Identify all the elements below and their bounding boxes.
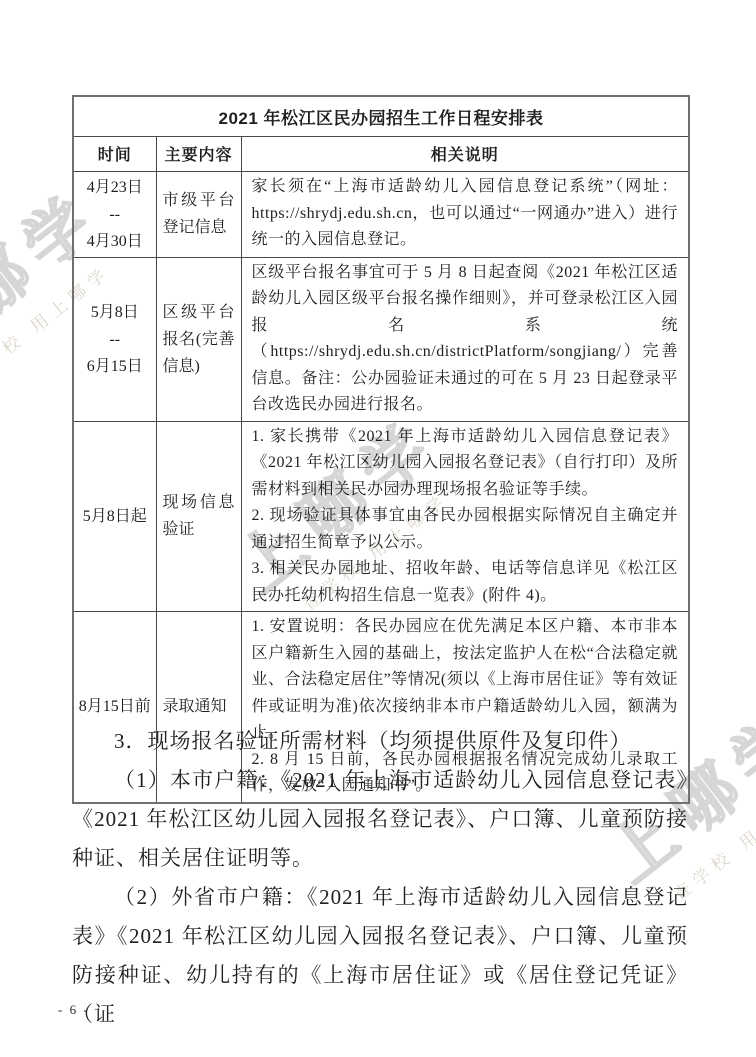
table-row: 4月23日 -- 4月30日 市级平台登记信息 家长须在“上海市适龄幼儿入园信息… <box>73 171 689 257</box>
row-main-content: 区级平台报名(完善信息) <box>156 257 241 421</box>
paragraph-nonlocal-household: （2）外省市户籍：《2021 年上海市适龄幼儿入园信息登记表》《2021 年松江… <box>72 878 688 1034</box>
table-title: 2021 年松江区民办园招生工作日程安排表 <box>73 96 689 136</box>
page-number: - 6 - <box>58 1002 90 1018</box>
row-main-content: 现场信息验证 <box>156 421 241 612</box>
row-description: 1. 家长携带《2021 年上海市适龄幼儿入园信息登记表》《2021 年松江区幼… <box>241 421 689 612</box>
enrollment-schedule-table: 2021 年松江区民办园招生工作日程安排表 时间 主要内容 相关说明 4月23日… <box>72 95 690 804</box>
column-header-related-notes: 相关说明 <box>241 136 689 171</box>
paragraph-local-household: （1）本市户籍：《2021 年上海市适龄幼儿入园信息登记表》《2021 年松江区… <box>72 761 688 878</box>
table-row: 5月8日 -- 6月15日 区级平台报名(完善信息) 区级平台报名事宜可于 5 … <box>73 257 689 421</box>
column-header-time: 时间 <box>73 136 156 171</box>
row-time: 5月8日 -- 6月15日 <box>73 257 156 421</box>
row-description: 区级平台报名事宜可于 5 月 8 日起查阅《2021 年松江区适龄幼儿入园区级平… <box>241 257 689 421</box>
document-page: 上哪学 查学校 用上哪学 上哪学 查学校 用上哪学 上哪学 查学校 用上哪学 2… <box>0 0 756 1057</box>
table-title-row: 2021 年松江区民办园招生工作日程安排表 <box>73 96 689 136</box>
column-header-main-content: 主要内容 <box>156 136 241 171</box>
body-text: 3．现场报名验证所需材料（均须提供原件及复印件） （1）本市户籍：《2021 年… <box>72 722 688 1034</box>
table-row: 5月8日起 现场信息验证 1. 家长携带《2021 年上海市适龄幼儿入园信息登记… <box>73 421 689 612</box>
row-description: 家长须在“上海市适龄幼儿入园信息登记系统”（网址：https://shrydj.… <box>241 171 689 257</box>
paragraph-materials-heading: 3．现场报名验证所需材料（均须提供原件及复印件） <box>72 722 688 761</box>
table-header-row: 时间 主要内容 相关说明 <box>73 136 689 171</box>
row-time: 4月23日 -- 4月30日 <box>73 171 156 257</box>
row-time: 5月8日起 <box>73 421 156 612</box>
row-main-content: 市级平台登记信息 <box>156 171 241 257</box>
